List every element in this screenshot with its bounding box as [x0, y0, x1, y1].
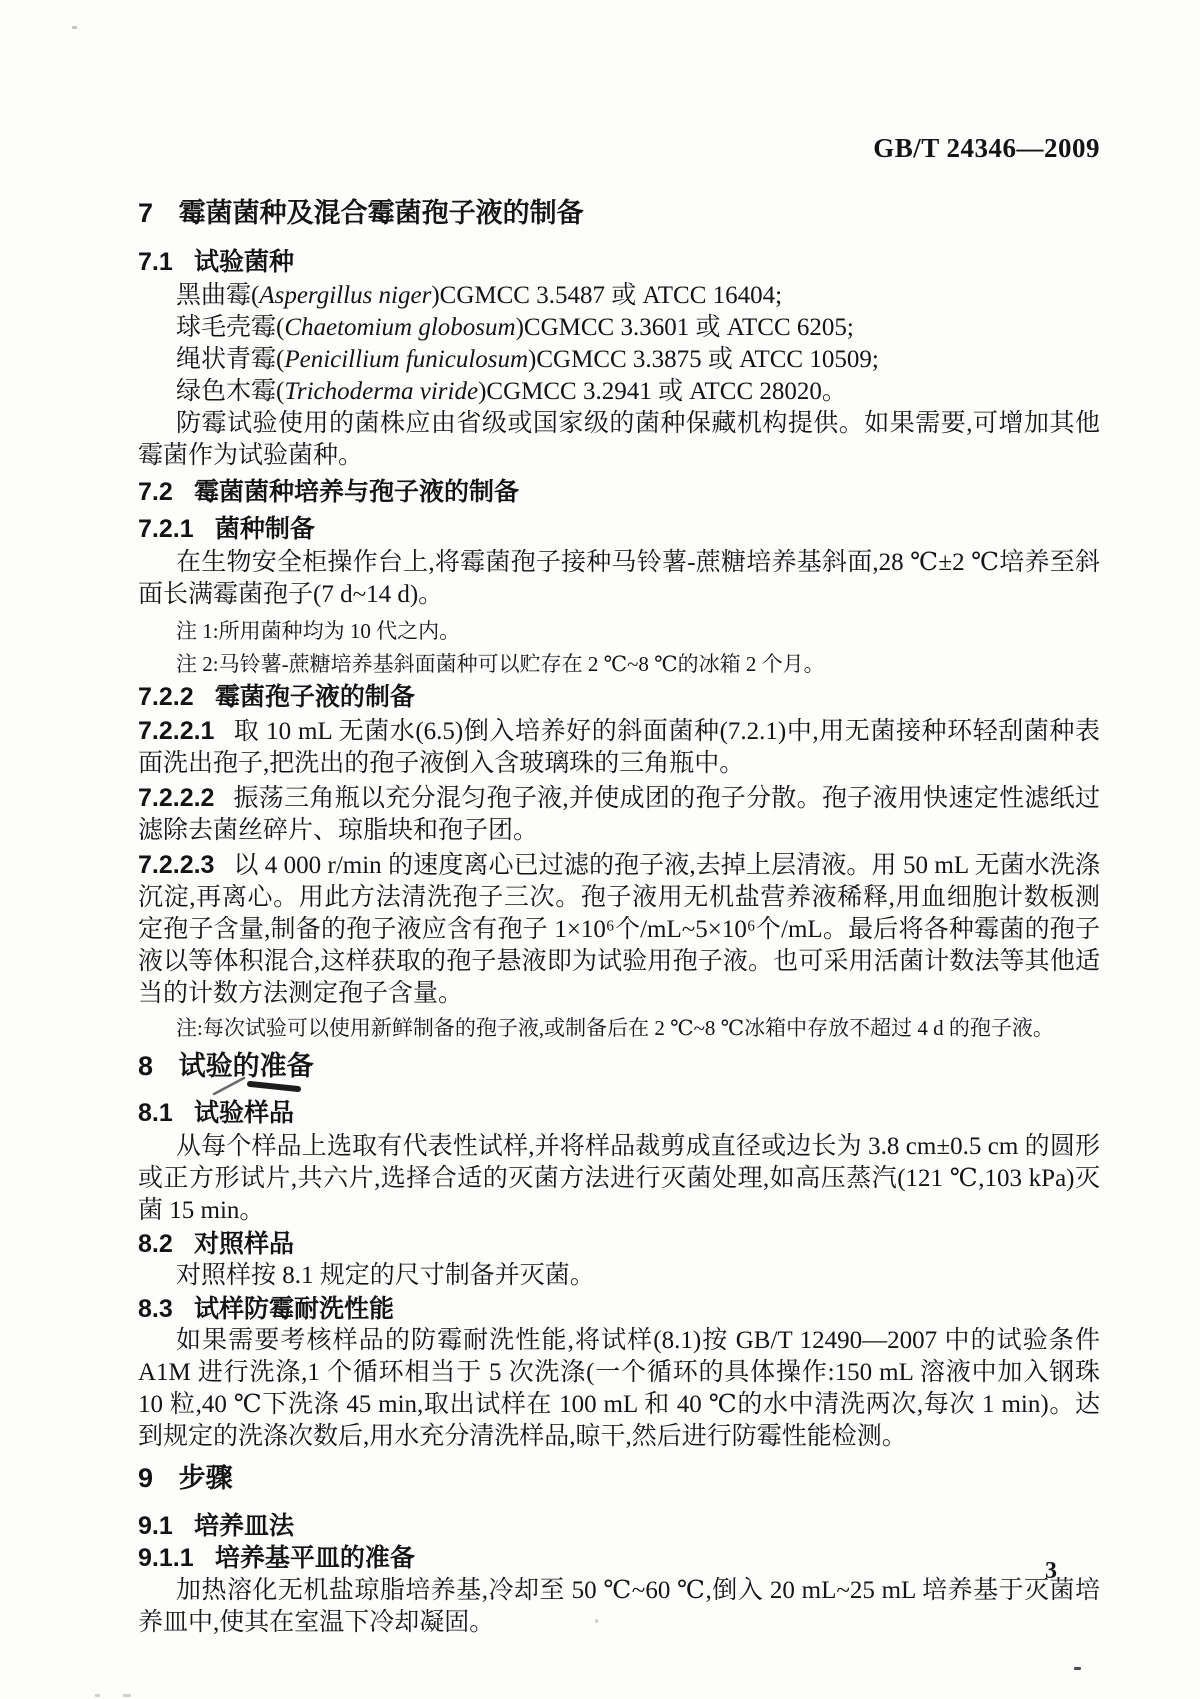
pen-scribble-mark	[210, 1073, 306, 1097]
paragraph-agar-plate: 加热溶化无机盐琼脂培养基,冷却至 50 ℃~60 ℃,倒入 20 mL~25 m…	[138, 1575, 1100, 1639]
species-list: 黑曲霉(Aspergillus niger)CGMCC 3.5487 或 ATC…	[138, 280, 1100, 408]
section-9-1-heading: 9.1培养皿法	[138, 1510, 1100, 1542]
clause-number: 7.2.2.1	[138, 717, 214, 745]
species-cn-name: 绿色木霉(	[176, 378, 284, 405]
section-8-heading: 8试验的准备	[138, 1049, 1100, 1083]
section-number: 8.2	[138, 1230, 173, 1258]
section-8-1-heading: 8.1试验样品	[138, 1097, 1100, 1129]
clause-7-2-2-2: 7.2.2.2振荡三角瓶以充分混匀孢子液,并使成团的孢子分散。孢子液用快速定性滤…	[138, 782, 1100, 847]
section-title: 步骤	[179, 1463, 233, 1493]
ink-speck	[95, 1694, 100, 1697]
section-title: 试验菌种	[194, 248, 294, 276]
clause-text: 振荡三角瓶以充分混匀孢子液,并使成团的孢子分散。孢子液用快速定性滤纸过滤除去菌丝…	[138, 785, 1100, 844]
clause-7-2-2-3: 7.2.2.3以 4 000 r/min 的速度离心已过滤的孢子液,去掉上层清液…	[138, 849, 1100, 1010]
section-title: 霉菌菌种及混合霉菌孢子液的制备	[179, 198, 584, 228]
ink-speck	[72, 26, 77, 29]
section-7-2-2-heading: 7.2.2霉菌孢子液的制备	[138, 681, 1100, 713]
section-title: 试样防霉耐洗性能	[194, 1295, 394, 1323]
species-cn-name: 绳状青霉(	[176, 346, 284, 373]
clause-text: 以 4 000 r/min 的速度离心已过滤的孢子液,去掉上层清液。用 50 m…	[138, 852, 1100, 1007]
page-number: 3	[1045, 1558, 1057, 1585]
species-latin-name: Trichoderma viride	[284, 378, 478, 405]
clause-number: 7.2.2.3	[138, 851, 214, 879]
section-7-2-heading: 7.2霉菌菌种培养与孢子液的制备	[138, 476, 1100, 508]
section-number: 7.1	[138, 248, 173, 276]
section-7-2-1-heading: 7.2.1菌种制备	[138, 513, 1100, 545]
species-cn-name: 黑曲霉(	[176, 282, 259, 309]
section-9-1-1-heading: 9.1.1培养基平皿的准备	[138, 1542, 1100, 1574]
section-title: 对照样品	[194, 1230, 294, 1258]
section-number: 8.1	[138, 1099, 173, 1127]
ink-speck	[123, 1694, 131, 1697]
ink-speck	[595, 1619, 598, 1623]
species-latin-name: Penicillium funiculosum	[284, 346, 528, 373]
section-title: 培养皿法	[194, 1512, 294, 1540]
document-page: GB/T 24346—2009 7霉菌菌种及混合霉菌孢子液的制备 7.1试验菌种…	[0, 0, 1200, 1699]
section-number: 8	[138, 1051, 153, 1081]
species-codes: )CGMCC 3.3601 或 ATCC 6205;	[516, 314, 854, 341]
species-cn-name: 球毛壳霉(	[176, 314, 284, 341]
section-7-heading: 7霉菌菌种及混合霉菌孢子液的制备	[138, 196, 1100, 230]
species-codes: )CGMCC 3.5487 或 ATCC 16404;	[431, 282, 782, 309]
section-number: 7.2.2	[138, 683, 194, 711]
section-8-2-heading: 8.2对照样品	[138, 1228, 1100, 1260]
species-item: 黑曲霉(Aspergillus niger)CGMCC 3.5487 或 ATC…	[138, 280, 1100, 312]
note-1: 注 1:所用菌种均为 10 代之内。	[138, 616, 1100, 646]
section-title: 菌种制备	[215, 515, 315, 543]
species-codes: )CGMCC 3.3875 或 ATCC 10509;	[528, 346, 879, 373]
section-number: 7.2	[138, 478, 173, 506]
section-9-heading: 9步骤	[138, 1461, 1100, 1495]
species-codes: )CGMCC 3.2941 或 ATCC 28020。	[478, 378, 847, 405]
ink-speck	[1074, 1667, 1081, 1670]
section-title: 霉菌菌种培养与孢子液的制备	[194, 478, 519, 506]
section-number: 7	[138, 198, 153, 228]
standard-code-header: GB/T 24346—2009	[138, 132, 1100, 164]
paragraph-strain-source: 防霉试验使用的菌株应由省级或国家级的菌种保藏机构提供。如果需要,可增加其他霉菌作…	[138, 408, 1100, 472]
note-2: 注 2:马铃薯-蔗糖培养基斜面菌种可以贮存在 2 ℃~8 ℃的冰箱 2 个月。	[138, 649, 1100, 679]
section-number: 9.1	[138, 1512, 173, 1540]
species-item: 球毛壳霉(Chaetomium globosum)CGMCC 3.3601 或 …	[138, 312, 1100, 344]
species-item: 绿色木霉(Trichoderma viride)CGMCC 3.2941 或 A…	[138, 376, 1100, 408]
species-latin-name: Chaetomium globosum	[284, 314, 515, 341]
paragraph-inoculation: 在生物安全柜操作台上,将霉菌孢子接种马铃薯-蔗糖培养基斜面,28 ℃±2 ℃培养…	[138, 547, 1100, 611]
paragraph-control-sample: 对照样按 8.1 规定的尺寸制备并灭菌。	[138, 1260, 1100, 1292]
section-7-1-heading: 7.1试验菌种	[138, 246, 1100, 278]
paragraph-test-sample: 从每个样品上选取有代表性试样,并将样品裁剪成直径或边长为 3.8 cm±0.5 …	[138, 1131, 1100, 1227]
page-content: GB/T 24346—2009 7霉菌菌种及混合霉菌孢子液的制备 7.1试验菌种…	[138, 0, 1100, 1639]
section-number: 9.1.1	[138, 1544, 194, 1572]
section-title: 霉菌孢子液的制备	[215, 683, 415, 711]
section-number: 7.2.1	[138, 515, 194, 543]
species-item: 绳状青霉(Penicillium funiculosum)CGMCC 3.387…	[138, 344, 1100, 376]
clause-number: 7.2.2.2	[138, 784, 214, 812]
section-8-3-heading: 8.3试样防霉耐洗性能	[138, 1293, 1100, 1325]
section-title: 培养基平皿的准备	[215, 1544, 415, 1572]
section-number: 8.3	[138, 1295, 173, 1323]
species-latin-name: Aspergillus niger	[259, 282, 431, 309]
note-spore-storage: 注:每次试验可以使用新鲜制备的孢子液,或制备后在 2 ℃~8 ℃冰箱中存放不超过…	[138, 1013, 1100, 1043]
section-title: 试验样品	[194, 1099, 294, 1127]
clause-text: 取 10 mL 无菌水(6.5)倒入培养好的斜面菌种(7.2.1)中,用无菌接种…	[138, 718, 1100, 777]
clause-7-2-2-1: 7.2.2.1取 10 mL 无菌水(6.5)倒入培养好的斜面菌种(7.2.1)…	[138, 715, 1100, 780]
paragraph-wash-resistance: 如果需要考核样品的防霉耐洗性能,将试样(8.1)按 GB/T 12490—200…	[138, 1325, 1100, 1453]
section-number: 9	[138, 1463, 153, 1493]
